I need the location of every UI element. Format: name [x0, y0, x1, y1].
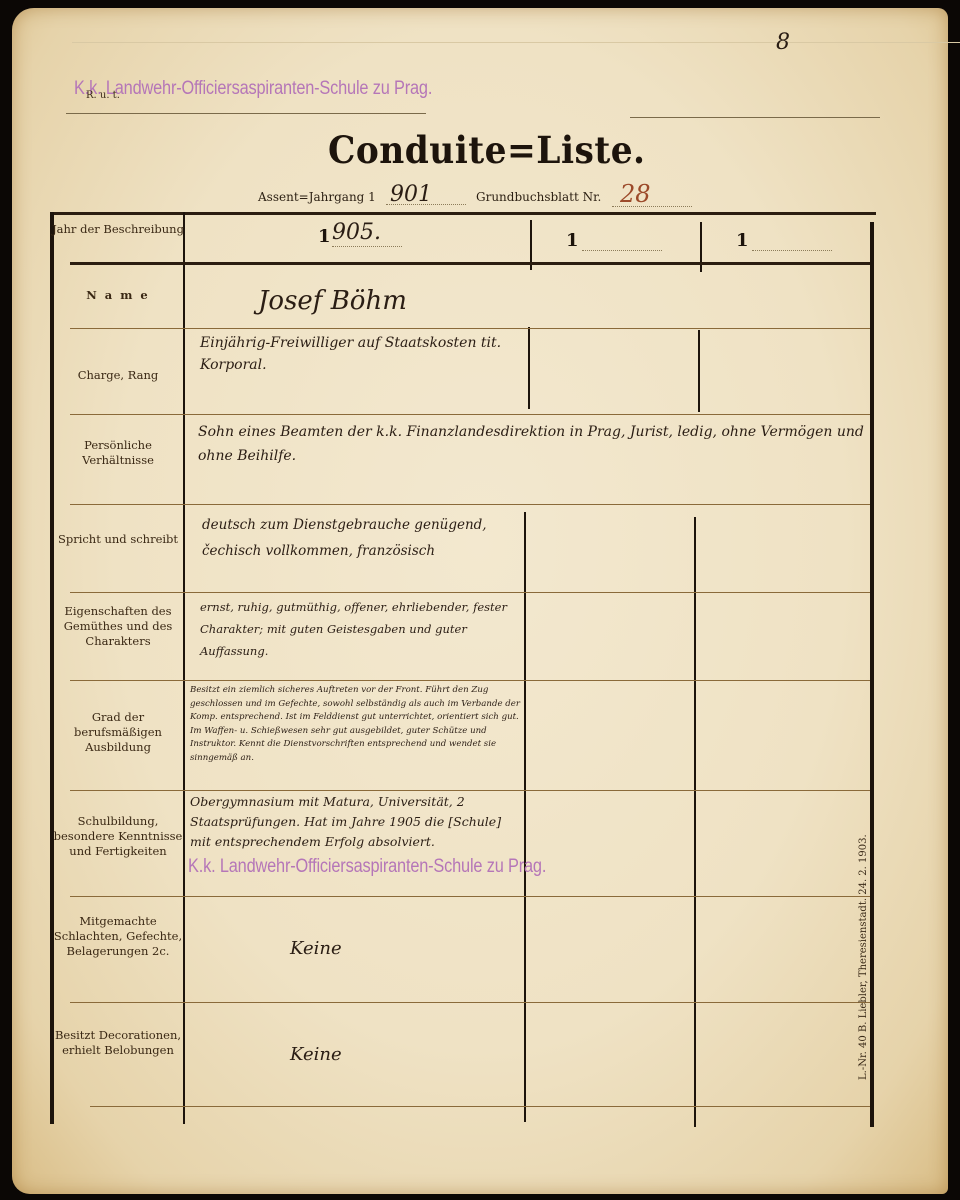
row-rule-personal: [70, 504, 870, 505]
value-battles: Keine: [290, 938, 342, 960]
label-training: Grad der berufsmäßigen Ausbildung: [50, 710, 186, 755]
printer-imprint: L.-Nr. 40 B. Liebler, Theresienstadt. 24…: [858, 834, 869, 1080]
label-name: N a m e: [50, 288, 186, 303]
header-bottom-rule: [70, 262, 870, 265]
year-value-1: 905.: [332, 220, 381, 245]
document-title: Conduite=Liste.: [328, 128, 646, 172]
grundbuch-dotted-line: [612, 206, 692, 207]
label-battles: Mitgemachte Schlachten, Gefechte, Belage…: [50, 914, 186, 959]
label-year: Jahr der Beschreibung: [50, 222, 186, 237]
label-character: Eigenschaften des Gemüthes und des Chara…: [50, 604, 186, 649]
header-rule-left: [66, 113, 426, 114]
table-right-border: [870, 222, 874, 1127]
value-personal: Sohn eines Beamten der k.k. Finanzlandes…: [198, 420, 868, 468]
header-rule-right: [630, 117, 880, 118]
page-number: 8: [776, 30, 790, 55]
conduct-table: Jahr der Beschreibung 1 905. 1 1 N a m e…: [50, 212, 876, 1124]
year-printed-3: 1: [736, 230, 749, 251]
row-rule-character: [70, 680, 870, 681]
col-divider-body-2: [694, 517, 696, 1127]
school-stamp-middle: K.k. Landwehr-Officiersaspiranten-Schule…: [188, 856, 546, 878]
label-decorations: Besitzt Decorationen, erhielt Belobungen: [50, 1028, 186, 1058]
label-personal: Persönliche Verhältnisse: [50, 438, 186, 468]
grundbuch-value: 28: [620, 180, 651, 208]
table-bottom-rule: [90, 1106, 870, 1107]
row-rule-battles: [70, 1002, 870, 1003]
value-character: ernst, ruhig, gutmüthig, offener, ehrlie…: [200, 596, 522, 662]
row-rule-training: [70, 790, 870, 791]
year-dotted-1: [332, 246, 402, 247]
value-name: Josef Böhm: [258, 290, 407, 312]
value-decorations: Keine: [290, 1044, 342, 1066]
year-dotted-3: [752, 250, 832, 251]
value-languages: deutsch zum Dienstgebrauche genügend, če…: [202, 512, 520, 564]
value-education: Obergymnasium mit Matura, Universität, 2…: [190, 792, 524, 852]
school-stamp-top: K.k. Landwehr-Officiersaspiranten-Schule…: [74, 78, 432, 100]
table-left-border: [50, 212, 54, 1124]
row-rule-education: [70, 896, 870, 897]
row-rule-name: [70, 328, 870, 329]
col-divider-body-1: [524, 512, 526, 1122]
label-education: Schulbildung, besondere Kenntnisse und F…: [50, 814, 186, 859]
row-rule-charge: [70, 414, 870, 415]
col-divider-charge-1: [528, 327, 530, 409]
value-charge: Einjährig-Freiwilliger auf Staatskosten …: [200, 332, 520, 376]
col-divider-charge-2: [698, 330, 700, 412]
label-column-divider: [183, 212, 185, 1124]
row-rule-languages: [70, 592, 870, 593]
assent-label: Assent=Jahrgang 1: [258, 190, 376, 204]
printed-abbreviation: R. u. t.: [86, 90, 120, 101]
assent-dotted-line: [386, 204, 466, 205]
year-printed-2: 1: [566, 230, 579, 251]
year-dotted-2: [582, 250, 662, 251]
label-charge: Charge, Rang: [50, 368, 186, 383]
table-top-border: [50, 212, 876, 215]
grundbuch-label: Grundbuchsblatt Nr.: [476, 190, 601, 204]
year-printed-1: 1: [318, 226, 331, 247]
label-languages: Spricht und schreibt: [50, 532, 186, 547]
page-border-line: [72, 42, 960, 43]
value-training: Besitzt ein ziemlich sicheres Auftreten …: [190, 684, 524, 765]
